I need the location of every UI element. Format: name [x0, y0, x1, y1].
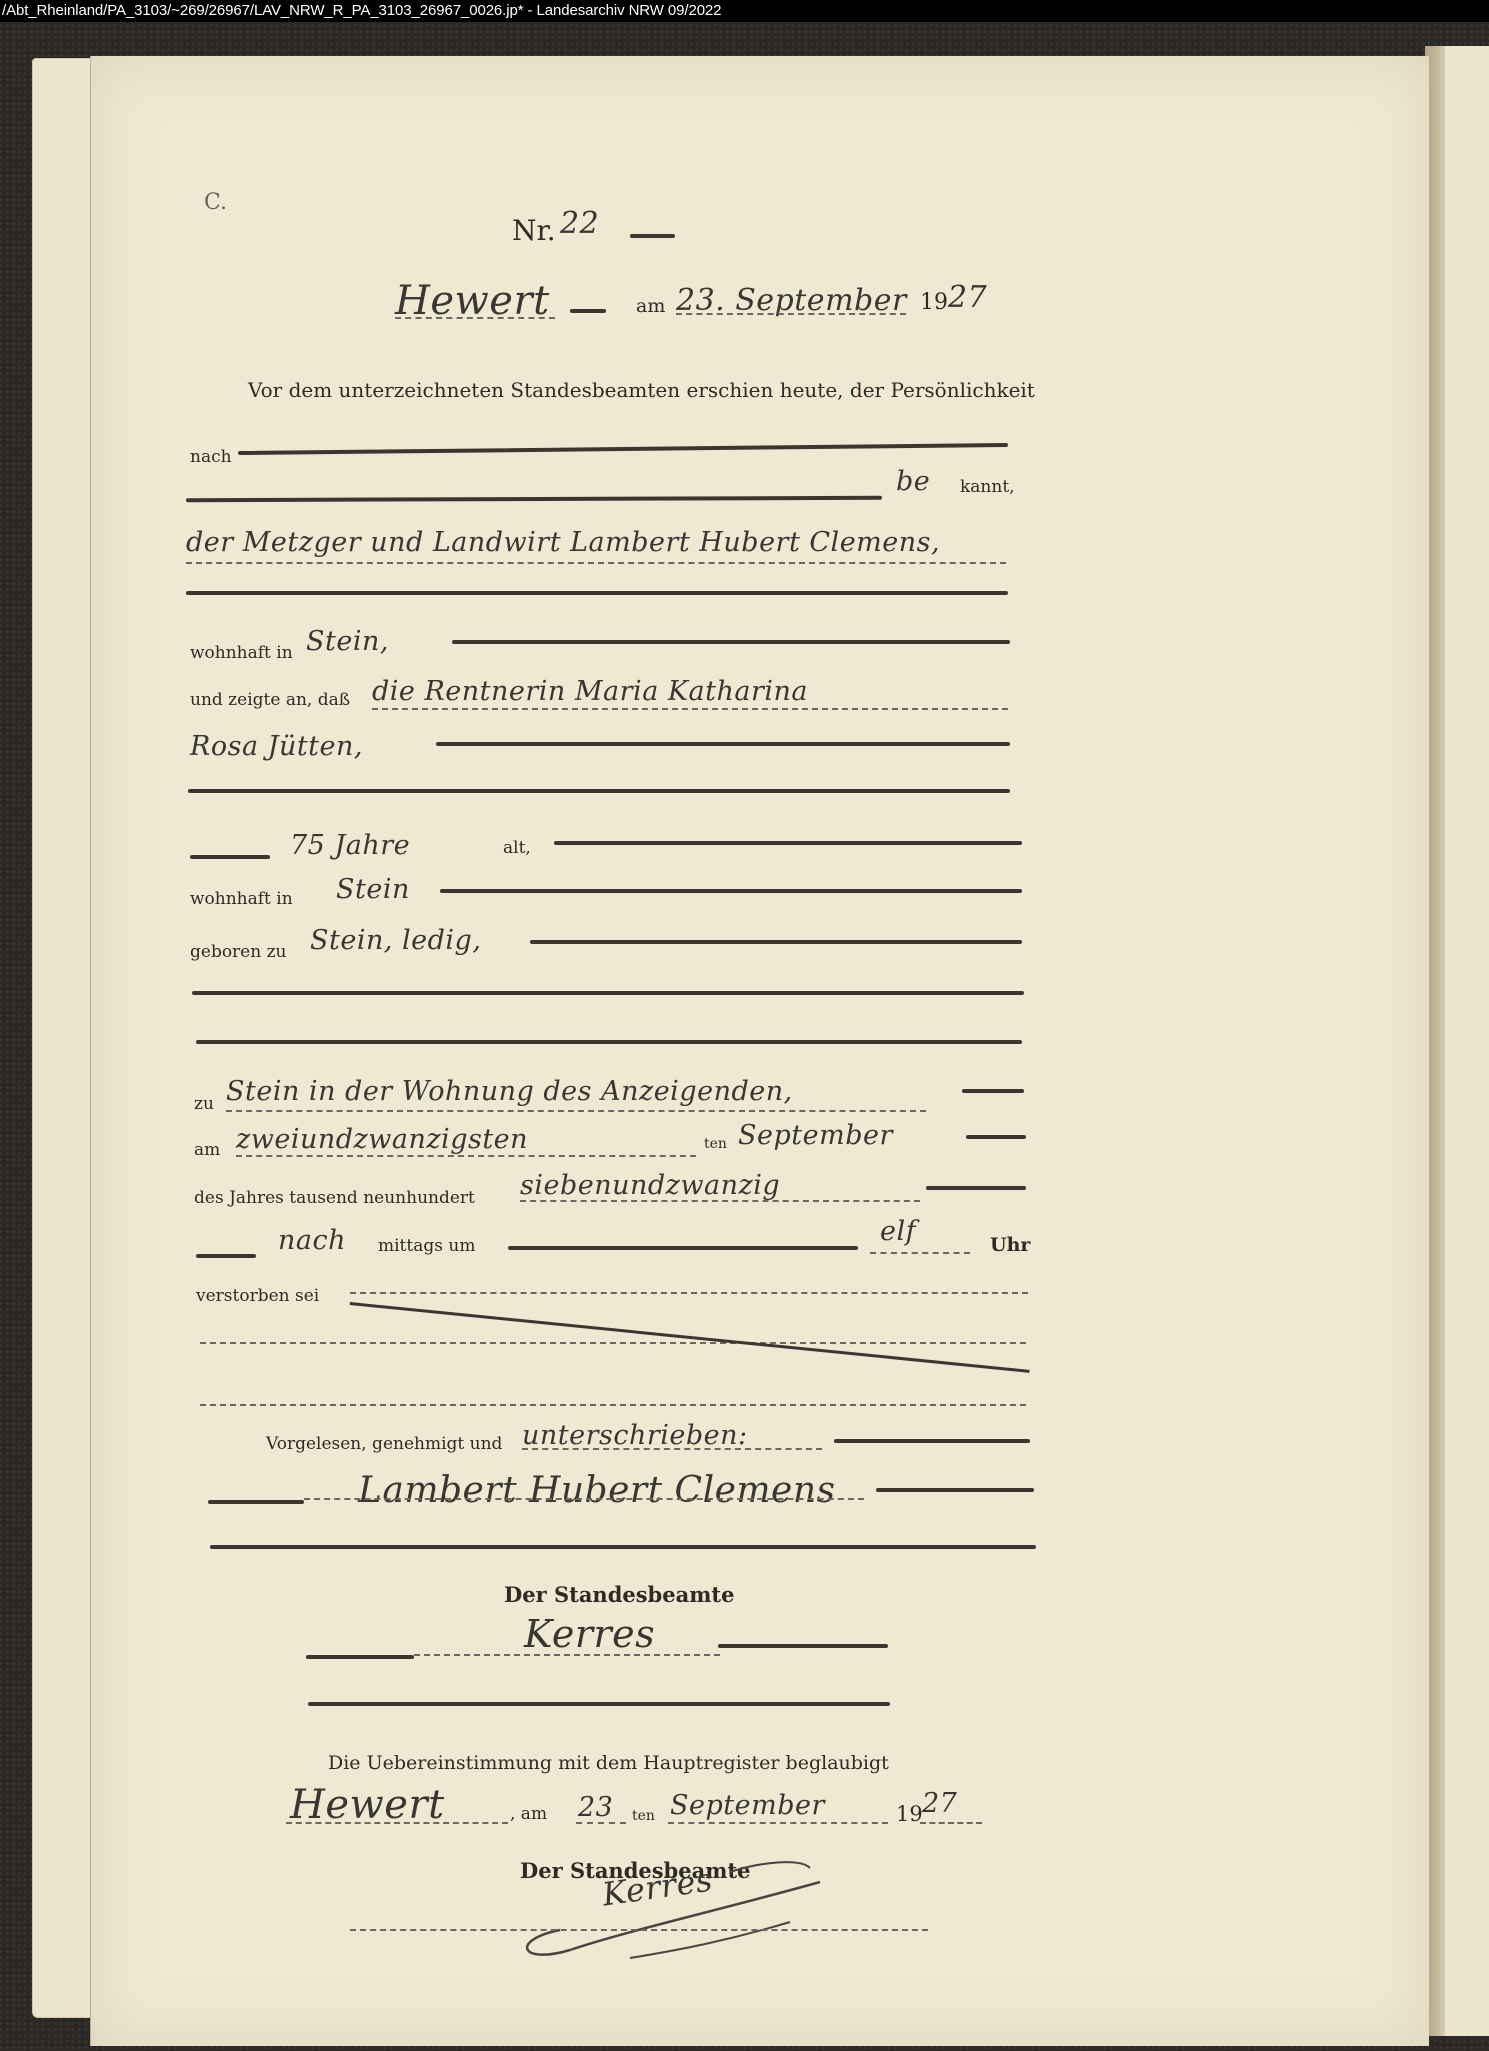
- signature-dots: [304, 1498, 864, 1500]
- verstorben-label: verstorben sei: [196, 1286, 319, 1306]
- geboren-value: Stein, ledig,: [310, 925, 481, 956]
- official-signature: Kerres: [524, 1612, 655, 1656]
- window-title: /Abt_Rheinland/PA_3103/~269/26967/LAV_NR…: [2, 2, 721, 19]
- place-dots: [395, 317, 555, 319]
- cert-year-prefix: 19: [896, 1802, 923, 1826]
- header-year-prefix: 19: [920, 290, 948, 315]
- informant-description: der Metzger und Landwirt Lambert Hubert …: [186, 527, 940, 558]
- deceased-name-dots: [372, 708, 1008, 710]
- vorgelesen-dots: [522, 1448, 822, 1450]
- geboren-extra-line-2: [196, 1040, 1022, 1044]
- anzeige-label: und zeigte an, daß: [190, 690, 350, 710]
- geboren-extra-line-1: [192, 991, 1024, 995]
- death-hour: elf: [880, 1216, 916, 1247]
- death-place-dots: [226, 1110, 926, 1112]
- cert-month-dots: [668, 1822, 888, 1824]
- place-filler: [570, 309, 606, 313]
- deceased-wohnhaft-value: Stein: [336, 874, 410, 905]
- vorgelesen-value: unterschrieben:: [522, 1420, 748, 1451]
- official-title: Der Standesbeamte: [504, 1582, 735, 1607]
- death-month-line: [966, 1135, 1026, 1139]
- death-day: zweiundzwanzigsten: [236, 1124, 528, 1155]
- death-am-label: am: [194, 1140, 220, 1160]
- deceased-name-line1: die Rentnerin Maria Katharina: [372, 676, 808, 707]
- verstorben-dots-2: [200, 1342, 1026, 1344]
- informant-wohnhaft-label: wohnhaft in: [190, 643, 293, 663]
- intro-line: Vor dem unterzeichneten Standesbeamten e…: [248, 378, 1035, 402]
- death-year-label: des Jahres tausend neunhundert: [194, 1188, 475, 1208]
- informant-wohnhaft-value: Stein,: [306, 626, 389, 657]
- corner-mark: C.: [204, 190, 227, 215]
- official-sig-lead-line: [306, 1655, 414, 1659]
- death-place: Stein in der Wohnung des Anzeigenden,: [226, 1076, 793, 1107]
- header-am-label: am: [636, 295, 665, 317]
- signature-flourish: [500, 1860, 830, 1970]
- cert-signature-dots: [350, 1929, 928, 1931]
- informant-dots: [186, 562, 1006, 564]
- official-sig-tail-line: [718, 1644, 888, 1648]
- deceased-age: 75 Jahre: [290, 830, 410, 861]
- verstorben-dots-3: [200, 1404, 1026, 1406]
- official-rule: [308, 1702, 890, 1706]
- cert-place-dots: [286, 1822, 508, 1824]
- uhr-label: Uhr: [990, 1234, 1030, 1256]
- deceased-wohnhaft-label: wohnhaft in: [190, 889, 293, 909]
- death-ten-label: ten: [704, 1136, 727, 1152]
- death-day-dots: [236, 1155, 696, 1157]
- informant-underline: [186, 591, 1008, 595]
- certification-statement: Die Uebereinstimmung mit dem Hauptregist…: [328, 1752, 889, 1774]
- cert-year-dots: [920, 1822, 982, 1824]
- bekannt-hand: be: [896, 466, 930, 497]
- vorgelesen-label: Vorgelesen, genehmigt und: [266, 1434, 502, 1454]
- death-time-prefix: nach: [278, 1225, 346, 1256]
- death-year-dots: [520, 1200, 920, 1202]
- informant-signature: Lambert Hubert Clemens: [358, 1470, 836, 1511]
- nach-label: nach: [190, 447, 232, 467]
- official-sig-dots: [414, 1654, 720, 1656]
- deceased-wohnhaft-line: [440, 889, 1022, 893]
- nr-value: 22: [560, 206, 599, 241]
- cert-day-dots: [576, 1822, 626, 1824]
- verstorben-dots-1: [350, 1292, 1028, 1294]
- cert-day: 23: [578, 1792, 613, 1823]
- nr-label: Nr.: [512, 214, 556, 247]
- death-month: September: [738, 1120, 893, 1151]
- death-year-value: siebenundzwanzig: [520, 1170, 780, 1201]
- deceased-extra-line: [188, 789, 1010, 793]
- signature-lead-line: [208, 1500, 304, 1504]
- date-dots: [676, 313, 906, 315]
- age-label: alt,: [503, 838, 531, 858]
- deceased-name-line: [436, 742, 1010, 746]
- vorgelesen-line: [834, 1439, 1030, 1443]
- mittags-label: mittags um: [378, 1236, 475, 1256]
- nr-underline: [630, 234, 675, 238]
- geboren-line: [530, 940, 1022, 944]
- signoff-rule: [210, 1545, 1036, 1549]
- age-line: [554, 841, 1022, 845]
- death-place-line: [962, 1089, 1024, 1093]
- window-title-bar: /Abt_Rheinland/PA_3103/~269/26967/LAV_NR…: [0, 0, 1489, 22]
- hour-dots: [870, 1252, 970, 1254]
- deceased-name-line2: Rosa Jütten,: [190, 731, 363, 762]
- document-page: [90, 56, 1429, 2046]
- geboren-label: geboren zu: [190, 942, 287, 962]
- signature-tail-line: [876, 1488, 1034, 1492]
- death-zu-label: zu: [194, 1094, 214, 1114]
- cert-ten-label: ten: [632, 1808, 655, 1824]
- header-year-suffix: 27: [948, 280, 987, 315]
- informant-wohnhaft-line: [452, 640, 1010, 644]
- cert-month: September: [670, 1790, 825, 1821]
- cert-year-suffix: 27: [922, 1788, 957, 1819]
- cert-am-label: , am: [510, 1804, 547, 1824]
- time-lead-line: [196, 1254, 256, 1258]
- age-lead-line: [190, 855, 270, 859]
- death-year-line: [926, 1186, 1026, 1190]
- bekannt-print: kannt,: [960, 477, 1015, 497]
- mittags-line: [508, 1246, 858, 1250]
